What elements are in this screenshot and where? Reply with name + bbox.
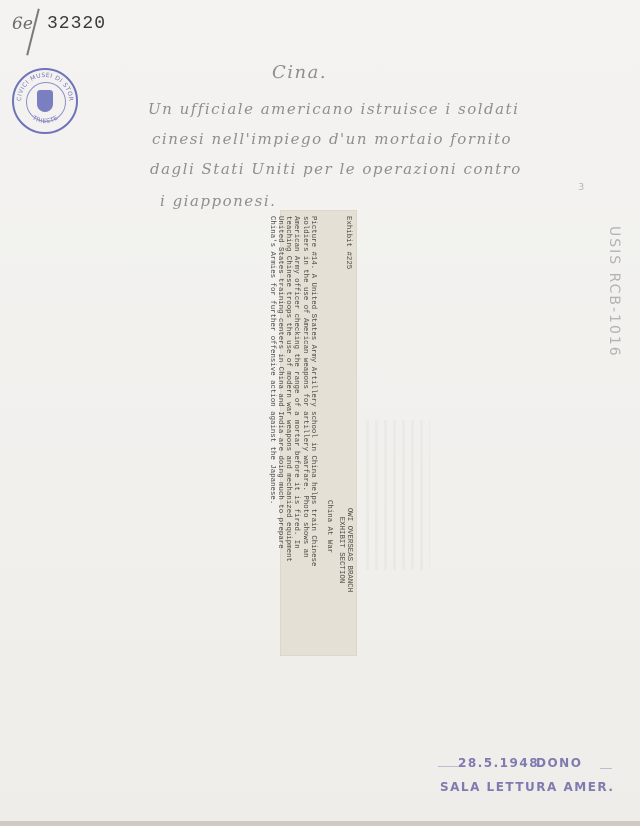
caption-line: dagli Stati Uniti per le operazioni cont… [150, 160, 522, 178]
caption-line: i giapponesi. [160, 192, 276, 210]
slip-header: OWI OVERSEAS BRANCH EXHIBIT SECTION [336, 460, 353, 640]
caption-line: cinesi nell'impiego d'un mortaio fornito [152, 130, 512, 148]
stamp-type: DONO [536, 756, 582, 770]
margin-mark: 3 [578, 182, 584, 193]
slip-body-line: teaching Chinese troops the use of moder… [284, 216, 292, 646]
museum-stamp: CIVICI MUSEI DI STORIA ED ARTE E DEL RIS… [12, 68, 78, 134]
slip-body-line: Picture #14. A United States Army Artill… [309, 216, 317, 646]
slip-text-rotated: Exhibit #225 OWI OVERSEAS BRANCH EXHIBIT… [280, 210, 357, 656]
slip-body-line: American Army officer checking the range… [292, 216, 300, 646]
stamp-date: 28.5.1948 [458, 756, 539, 770]
stamp-source: SALA LETTURA AMER. [440, 780, 614, 794]
shield-crest-icon [37, 90, 53, 112]
slip-body-line: United States training centers in China … [276, 216, 284, 646]
archive-prefix: 6e [12, 14, 33, 34]
archive-number: 32320 [47, 14, 106, 34]
slip-header-line: EXHIBIT SECTION [336, 460, 344, 640]
stamp-rule [600, 768, 612, 769]
exhibit-number: Exhibit #225 [344, 216, 352, 269]
slip-body-line: China's Armies for further offensive act… [267, 216, 275, 646]
slip-series: China At War [325, 500, 333, 553]
slip-header-line: OWI OVERSEAS BRANCH [345, 460, 353, 640]
caption-title: Cina. [272, 62, 327, 83]
sheet-bottom-edge [0, 821, 640, 826]
typed-caption-slip: Exhibit #225 OWI OVERSEAS BRANCH EXHIBIT… [280, 210, 357, 656]
slip-body-line: soldiers in the use of American weapons … [300, 216, 308, 646]
caption-line: Un ufficiale americano istruisce i solda… [148, 100, 519, 118]
show-through-image [360, 420, 430, 570]
slip-body: Picture #14. A United States Army Artill… [267, 216, 317, 646]
vertical-pencil-id: USIS RCB-1016 [606, 226, 622, 358]
